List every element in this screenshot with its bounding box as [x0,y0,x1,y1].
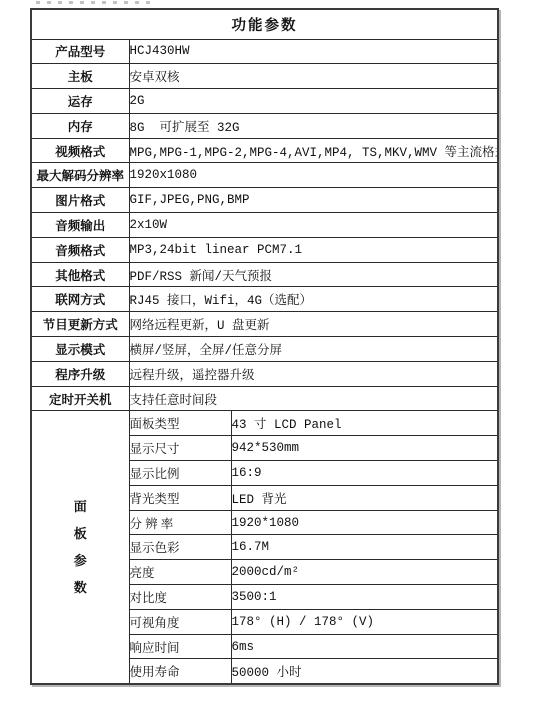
panel-group-cell: 面 板 参 数 [31,411,129,684]
row-label: 节目更新方式 [31,312,129,337]
row-value: 远程升级，遥控器升级 [129,361,498,386]
row-value: MP3,24bit linear PCM7.1 [129,237,498,262]
row-value: RJ45 接口，Wifi，4G（选配） [129,287,498,312]
table-row: 节目更新方式 网络远程更新，U 盘更新 [31,312,498,337]
table-title: 功能参数 [31,9,498,39]
row-value: 横屏/竖屏，全屏/任意分屏 [129,337,498,362]
panel-row-label: 对比度 [129,585,231,610]
panel-row-label: 面板类型 [129,411,231,436]
row-label: 主板 [31,64,129,89]
panel-row-value: 43 寸 LCD Panel [231,411,498,436]
document-page: 功能参数 产品型号 HCJ430HW 主板 安卓双核 运存 2G 内存 8G 可… [0,0,533,718]
row-value: 1920x1080 [129,163,498,188]
row-value: GIF,JPEG,PNG,BMP [129,188,498,213]
table-row: 音频格式 MP3,24bit linear PCM7.1 [31,237,498,262]
row-label: 视频格式 [31,138,129,163]
table-row: 联网方式 RJ45 接口，Wifi，4G（选配） [31,287,498,312]
panel-row-value: 942*530mm [231,436,498,461]
row-label: 产品型号 [31,39,129,64]
table-row: 最大解码分辨率 1920x1080 [31,163,498,188]
panel-row-label: 背光类型 [129,485,231,510]
panel-row-label: 使用寿命 [129,659,231,684]
panel-row-value: 3500:1 [231,585,498,610]
panel-row-label: 可视角度 [129,609,231,634]
panel-row-label: 亮度 [129,560,231,585]
panel-row-value: 50000 小时 [231,659,498,684]
table-header-row: 功能参数 [31,9,498,39]
row-label: 程序升级 [31,361,129,386]
table-row: 音频输出 2x10W [31,213,498,238]
row-label: 内存 [31,113,129,138]
panel-row-value: 1920*1080 [231,510,498,535]
panel-row: 面 板 参 数 面板类型 43 寸 LCD Panel [31,411,498,436]
table-row: 程序升级 远程升级，遥控器升级 [31,361,498,386]
clipped-text-fragment [36,1,154,4]
panel-row-value: 6ms [231,634,498,659]
panel-row-value: 2000cd/m² [231,560,498,585]
row-value: 安卓双核 [129,64,498,89]
row-value: 2G [129,89,498,114]
panel-row-label: 显示比例 [129,461,231,486]
row-value: HCJ430HW [129,39,498,64]
panel-row-value: 178° (H) / 178° (V) [231,609,498,634]
spec-table: 功能参数 产品型号 HCJ430HW 主板 安卓双核 运存 2G 内存 8G 可… [30,8,499,685]
row-label: 最大解码分辨率 [31,163,129,188]
row-value: 2x10W [129,213,498,238]
row-label: 其他格式 [31,262,129,287]
row-value: 8G 可扩展至 32G [129,113,498,138]
table-row: 主板 安卓双核 [31,64,498,89]
table-row: 显示模式 横屏/竖屏，全屏/任意分屏 [31,337,498,362]
panel-row-value: 16:9 [231,461,498,486]
row-label: 显示模式 [31,337,129,362]
table-row: 视频格式 MPG,MPG-1,MPG-2,MPG-4,AVI,MP4, TS,M… [31,138,498,163]
panel-row-value: 16.7M [231,535,498,560]
table-row: 运存 2G [31,89,498,114]
row-label: 音频格式 [31,237,129,262]
row-label: 定时开关机 [31,386,129,411]
table-row: 定时开关机 支持任意时间段 [31,386,498,411]
table-row: 其他格式 PDF/RSS 新闻/天气预报 [31,262,498,287]
row-value: 网络远程更新，U 盘更新 [129,312,498,337]
panel-row-label: 显示尺寸 [129,436,231,461]
table-row: 图片格式 GIF,JPEG,PNG,BMP [31,188,498,213]
panel-row-label: 分 辨 率 [129,510,231,535]
row-label: 音频输出 [31,213,129,238]
panel-row-label: 显示色彩 [129,535,231,560]
row-label: 联网方式 [31,287,129,312]
row-value: MPG,MPG-1,MPG-2,MPG-4,AVI,MP4, TS,MKV,WM… [129,138,498,163]
row-value: PDF/RSS 新闻/天气预报 [129,262,498,287]
table-row: 内存 8G 可扩展至 32G [31,113,498,138]
panel-row-value: LED 背光 [231,485,498,510]
row-label: 图片格式 [31,188,129,213]
row-value: 支持任意时间段 [129,386,498,411]
row-label: 运存 [31,89,129,114]
panel-row-label: 响应时间 [129,634,231,659]
table-row: 产品型号 HCJ430HW [31,39,498,64]
